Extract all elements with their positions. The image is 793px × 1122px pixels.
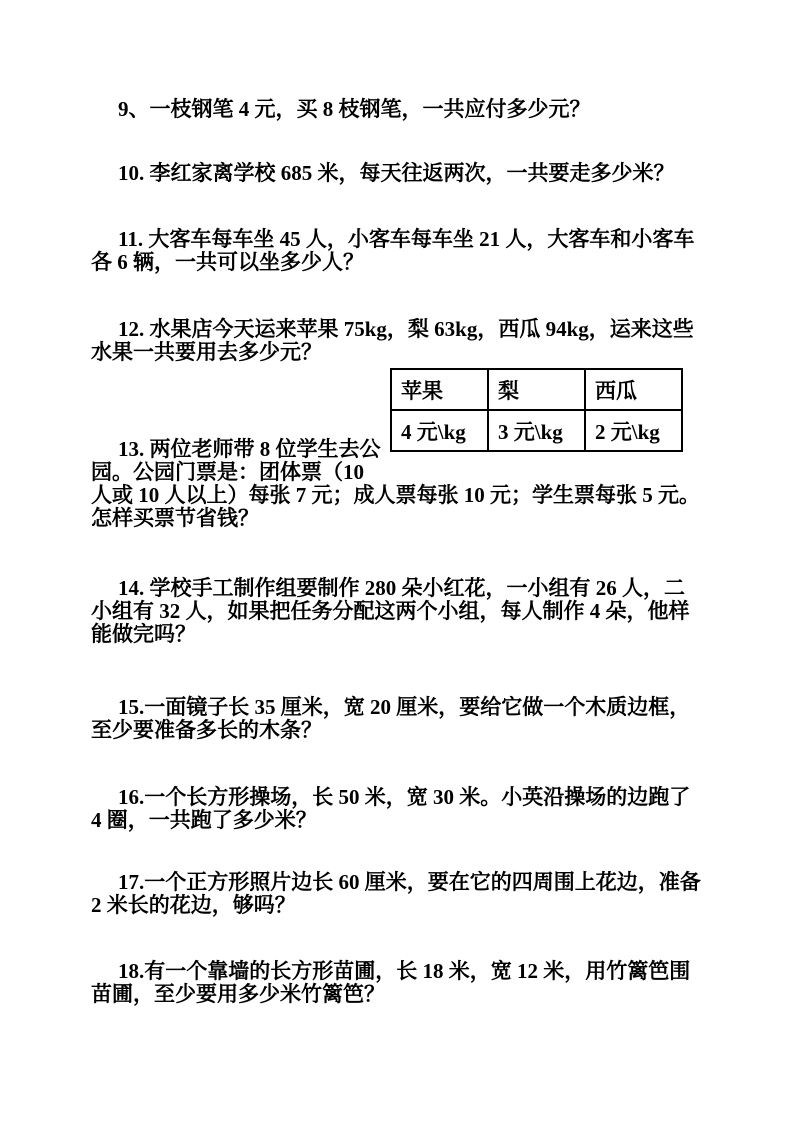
problem-14: 14. 学校手工制作组要制作 280 朵小红花，一小组有 26 人，二小组有 3…: [91, 577, 704, 646]
fruit-price-table-header-row: 苹果 梨 西瓜: [391, 369, 682, 410]
problem-18: 18.有一个靠墙的长方形苗圃，长 18 米，宽 12 米，用竹篱笆围苗圃，至少要…: [91, 960, 704, 1006]
problem-11: 11. 大客车每车坐 45 人，小客车每车坐 21 人，大客车和小客车各 6 辆…: [91, 228, 704, 274]
fruit-header-watermelon: 西瓜: [585, 369, 682, 410]
problem-10-text: 10. 李红家离学校 685 米，每天往返两次，一共要走多少米？: [118, 161, 675, 185]
problem-12: 12. 水果店今天运来苹果 75kg，梨 63kg，西瓜 94kg，运来这些水果…: [91, 318, 704, 364]
fruit-header-apple: 苹果: [391, 369, 488, 410]
problem-10: 10. 李红家离学校 685 米，每天往返两次，一共要走多少米？: [91, 162, 704, 185]
problem-14-text: 14. 学校手工制作组要制作 280 朵小红花，一小组有 26 人，二小组有 3…: [91, 576, 690, 646]
problem-15-text: 15.一面镜子长 35 厘米，宽 20 厘米，要给它做一个木质边框，至少要准备多…: [91, 695, 690, 742]
problem-12-text: 12. 水果店今天运来苹果 75kg，梨 63kg，西瓜 94kg，运来这些水果…: [91, 317, 694, 364]
problem-9: 9、一枝钢笔 4 元，买 8 枝钢笔，一共应付多少元？: [91, 98, 704, 121]
problem-17: 17.一个正方形照片边长 60 厘米，要在它的四周围上花边，准备 2 米长的花边…: [91, 871, 704, 917]
problem-13: 13. 两位老师带 8 位学生去公园。公园门票是：团体票（10 人或 10 人以…: [91, 438, 704, 530]
table-wrap-spacer: [384, 438, 704, 462]
worksheet-page: 9、一枝钢笔 4 元，买 8 枝钢笔，一共应付多少元？ 10. 李红家离学校 6…: [0, 0, 793, 1122]
problem-11-text: 11. 大客车每车坐 45 人，小客车每车坐 21 人，大客车和小客车各 6 辆…: [91, 227, 694, 274]
problem-18-text: 18.有一个靠墙的长方形苗圃，长 18 米，宽 12 米，用竹篱笆围苗圃，至少要…: [91, 959, 690, 1006]
problem-15: 15.一面镜子长 35 厘米，宽 20 厘米，要给它做一个木质边框，至少要准备多…: [91, 696, 704, 742]
fruit-header-pear: 梨: [488, 369, 585, 410]
problem-17-text: 17.一个正方形照片边长 60 厘米，要在它的四周围上花边，准备 2 米长的花边…: [91, 870, 701, 917]
problem-16: 16.一个长方形操场，长 50 米，宽 30 米。小英沿操场的边跑了 4 圈，一…: [91, 786, 704, 832]
problem-16-text: 16.一个长方形操场，长 50 米，宽 30 米。小英沿操场的边跑了 4 圈，一…: [91, 785, 690, 832]
problem-9-text: 9、一枝钢笔 4 元，买 8 枝钢笔，一共应付多少元？: [118, 97, 591, 121]
